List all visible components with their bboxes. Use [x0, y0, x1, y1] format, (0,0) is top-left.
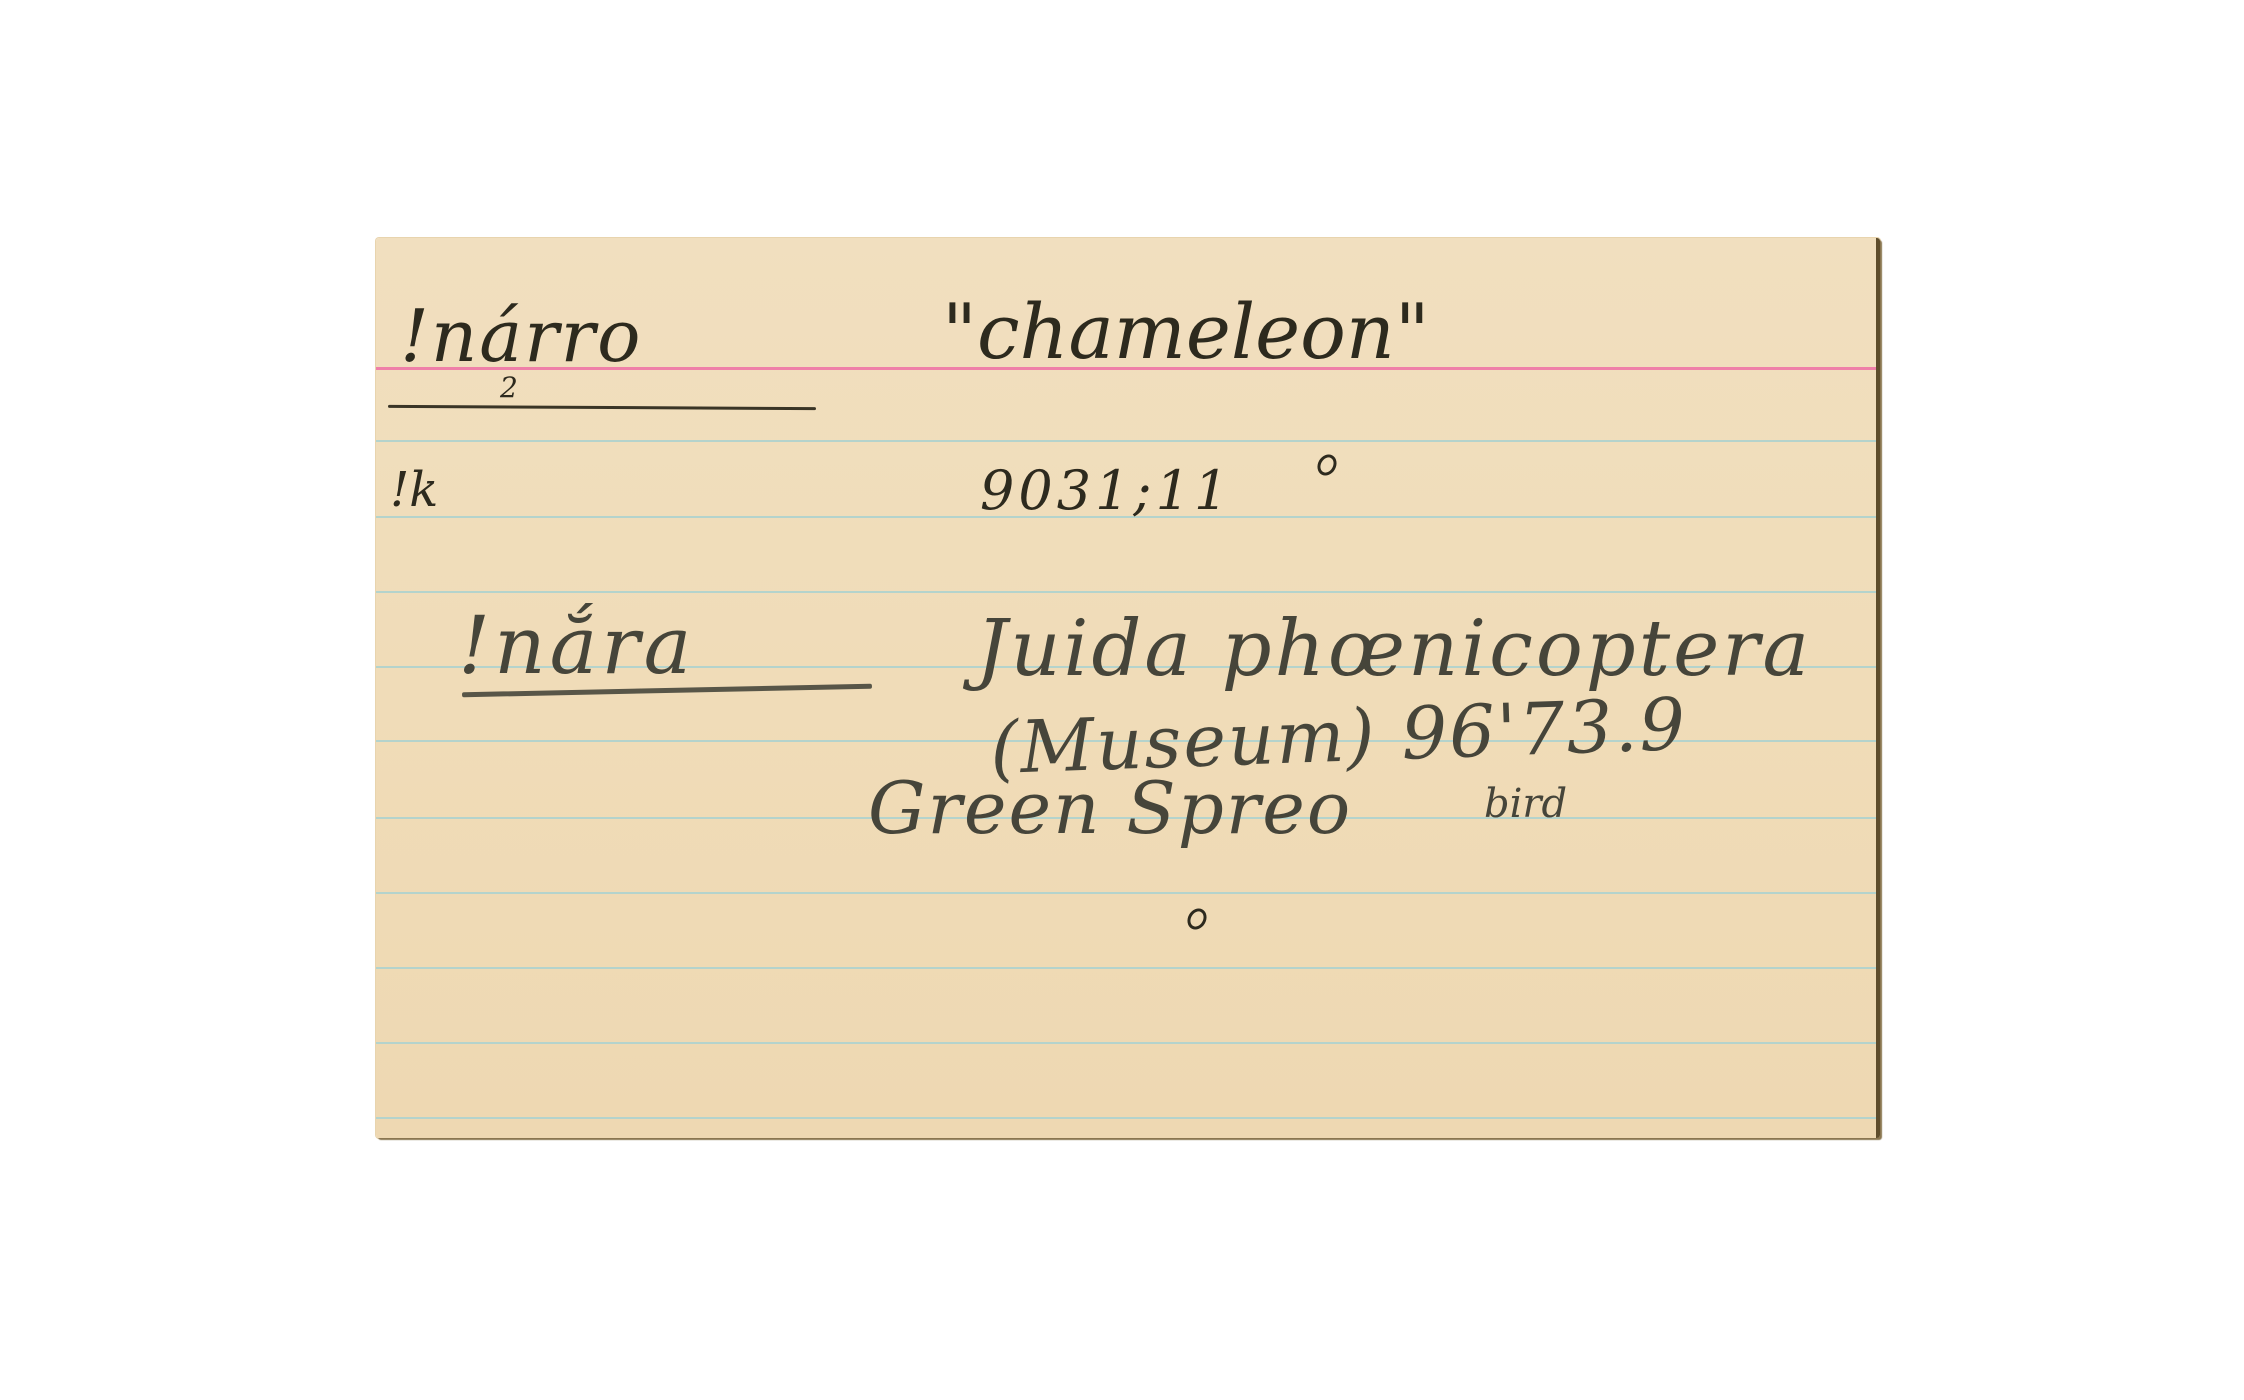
circle-mark [1184, 905, 1211, 933]
cross-ref-marker: !k [390, 466, 438, 514]
scientific-name: Juida phœnicoptera [976, 610, 1812, 688]
variant-form: !nắra [458, 606, 695, 686]
circle-mark [1314, 451, 1341, 479]
ruled-line [376, 591, 1880, 593]
common-name: Green Spreo [868, 772, 1352, 844]
ruled-line [376, 1117, 1880, 1119]
headword: !nárro [400, 300, 642, 372]
ruled-line [376, 440, 1880, 442]
ruled-line [376, 1042, 1880, 1044]
annotation: bird [1484, 784, 1567, 824]
reference-number: 9031;11 [980, 464, 1232, 518]
ruled-line [376, 967, 1880, 969]
headword-sub-mark: 2 [500, 374, 518, 402]
headword-underline [388, 405, 816, 410]
index-card: !nárro 2 "chameleon" !k 9031;11 !nắra Ju… [376, 238, 1880, 1138]
ruled-line [376, 892, 1880, 894]
gloss: "chameleon" [942, 294, 1430, 370]
